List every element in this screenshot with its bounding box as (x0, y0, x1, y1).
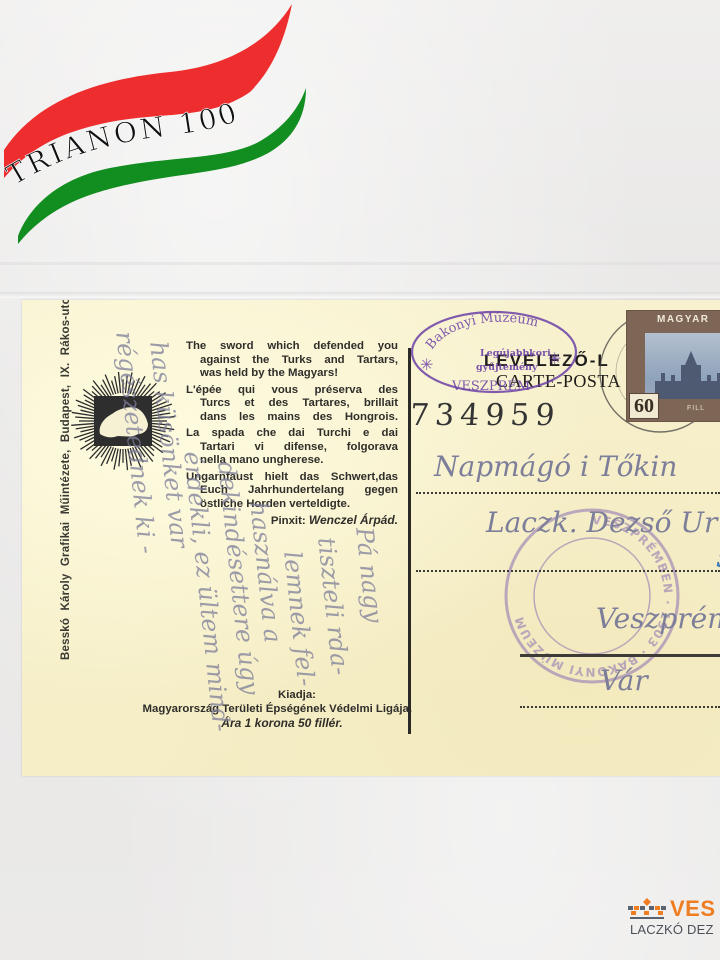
hungarian-flag-ribbon-icon: TRIANON 100 (0, 0, 320, 250)
message-french: L'épée qui vous préserva des Turcs et de… (186, 384, 398, 425)
trianon-100-logo: TRIANON 100 (0, 0, 320, 250)
postage-stamp: MAGYAR 60 FILL (626, 310, 720, 422)
paper-crease (0, 262, 720, 265)
svg-text:Bakonyi Múzeum: Bakonyi Múzeum (423, 311, 540, 353)
paper-crease (0, 292, 720, 298)
museum-ownership-stamp: Bakonyi Múzeum Legújabbkori gyűjtemény V… (402, 304, 582, 400)
serial-number: 734959 (409, 398, 562, 433)
handwritten-message-line: Pá nagy (350, 526, 388, 624)
crown-checker-icon (628, 898, 666, 920)
postcard: Besskó Károly Grafikai Műintézete, Budap… (22, 300, 720, 776)
parliament-building-icon (651, 351, 720, 399)
svg-text:gyűjtemény: gyűjtemény (476, 362, 538, 373)
asterisk-icon: ✳ (420, 357, 433, 374)
printer-imprint: Besskó Károly Grafikai Műintézete, Budap… (60, 300, 72, 660)
address-underline (520, 654, 720, 657)
svg-text:Legújabbkori: Legújabbkori (480, 348, 551, 359)
stamp-value: 60 (629, 393, 659, 419)
asterisk-icon: ✳ (548, 351, 561, 368)
svg-text:VESZPRÉM: VESZPRÉM (451, 378, 530, 394)
handwritten-address-line: Napmágó i Tőkin (434, 450, 677, 483)
address-line (416, 492, 720, 494)
handwritten-address-line: Laczk. Dezső Ur (486, 506, 717, 539)
handwritten-address-line: Vár (600, 664, 648, 697)
handwritten-blue-note: 5 (716, 540, 720, 575)
handwritten-address-line: Veszprém (596, 602, 720, 635)
message-english: The sword which defended you against the… (186, 340, 398, 381)
vesz-museum-logo: VES LACZKÓ DEZ (628, 896, 720, 940)
address-line (520, 706, 720, 708)
publisher-info: Kiadja: Magyarország Területi Épségének … (162, 688, 402, 730)
address-line (416, 570, 720, 572)
handwritten-message-line: tiszteli rda- (312, 536, 354, 677)
